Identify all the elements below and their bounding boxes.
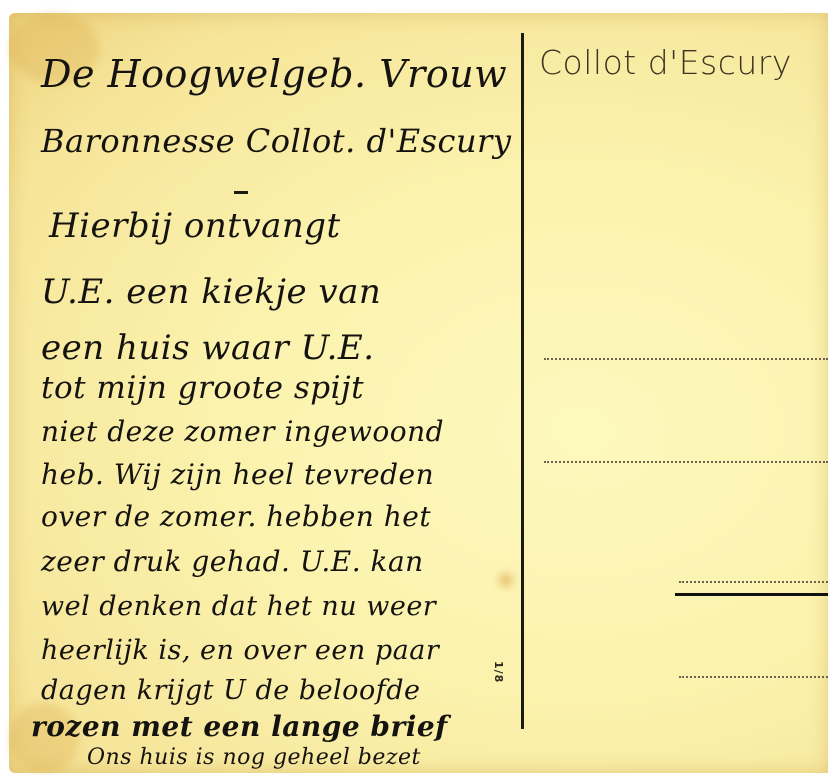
message-line-9: wel denken dat het nu weer — [41, 593, 436, 620]
address-solid-line — [675, 593, 828, 596]
message-line-10: heerlijk is, en over een paar — [41, 637, 439, 664]
message-line-7: over de zomer. hebben het — [41, 503, 431, 531]
salutation-line-1: De Hoogwelgeb. Vrouw — [41, 55, 507, 93]
message-line-12: rozen met een lange brief — [31, 713, 448, 741]
message-line-4: tot mijn groote spijt — [41, 373, 364, 404]
address-line-1 — [544, 358, 828, 360]
postcard-back: Collot d'Escury 1/8 De Hoogwelgeb. Vrouw… — [9, 13, 828, 773]
address-line-3 — [679, 581, 828, 583]
addressee-name: Collot d'Escury — [539, 43, 792, 82]
message-line-1: Hierbij ontvangt — [49, 209, 341, 243]
address-line-4 — [679, 676, 828, 678]
message-line-11: dagen krijgt U de beloofde — [41, 677, 420, 704]
paper-stain — [499, 573, 513, 587]
salutation-line-2: Baronnesse Collot. d'Escury — [41, 125, 511, 157]
message-line-3: een huis waar U.E. — [41, 331, 375, 365]
message-line-6: heb. Wij zijn heel tevreden — [41, 461, 434, 489]
message-line-5: niet deze zomer ingewoond — [41, 418, 444, 446]
message-line-8: zeer druk gehad. U.E. kan — [41, 548, 424, 576]
address-divider-line — [521, 33, 524, 729]
print-code: 1/8 — [492, 661, 505, 683]
separator-dash — [234, 191, 248, 194]
postscript: Ons huis is nog geheel bezet — [87, 747, 421, 769]
message-line-2: U.E. een kiekje van — [41, 275, 381, 309]
address-line-2 — [544, 461, 828, 463]
